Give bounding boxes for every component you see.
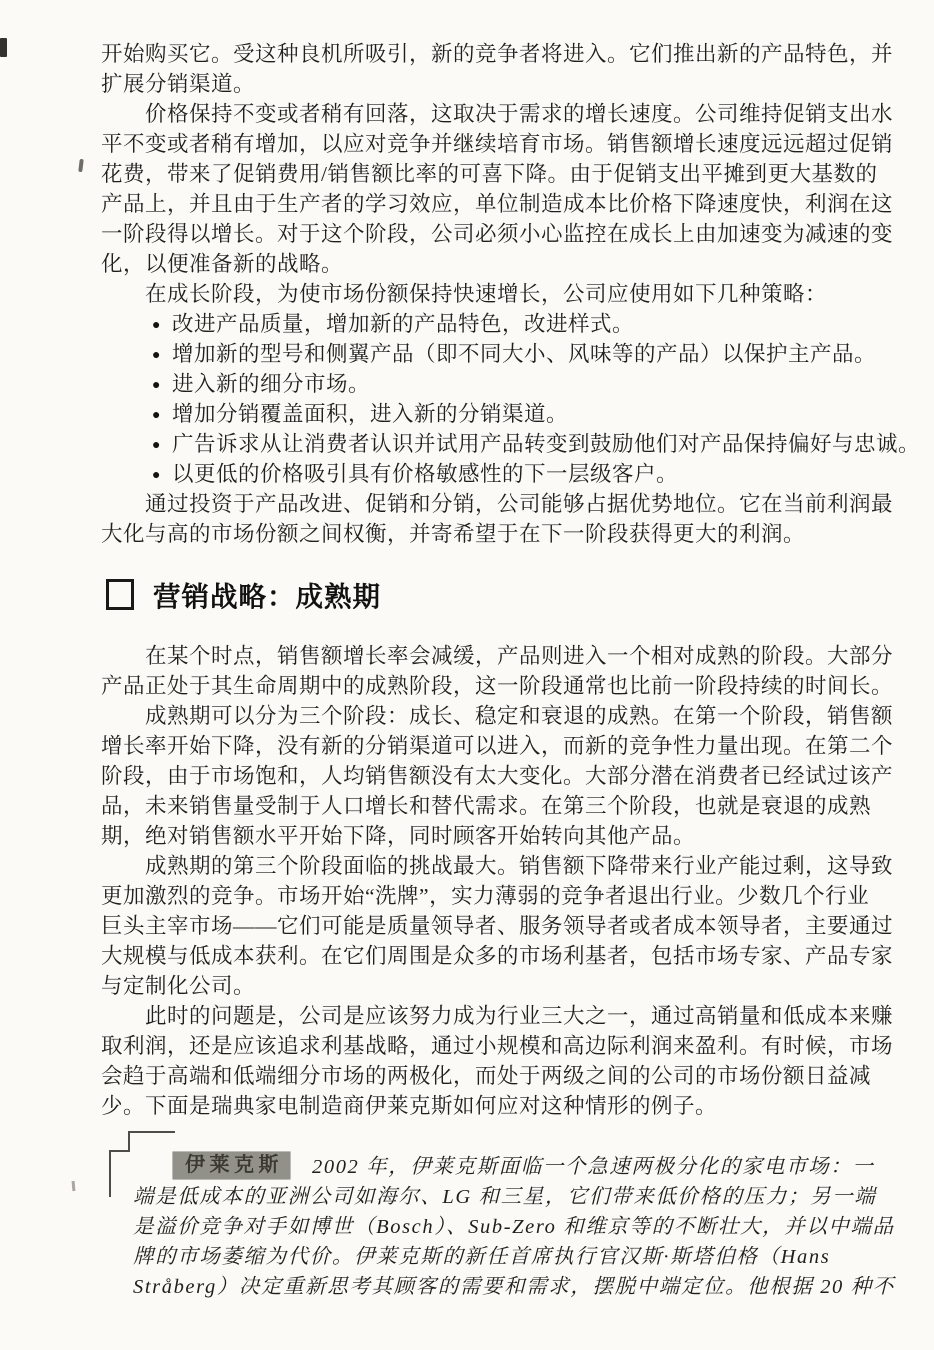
bullet-text: 进入新的细分市场。 (172, 372, 370, 396)
text-line: 在某个时点，销售额增长率会减缓，产品则进入一个相对成熟的阶段。大部分 (101, 641, 903, 671)
scan-mark-artifact (78, 159, 84, 172)
text-line: 取利润，还是应该追求利基战略，通过小规模和高边际利润来盈利。有时候，市场 (101, 1031, 903, 1061)
square-outline-icon (106, 579, 134, 610)
case-text-line: 是溢价竞争对手如博世（Bosch）、Sub-Zero 和维京等的不断壮大，并以中… (133, 1212, 833, 1242)
case-text-line: 牌的市场萎缩为代价。伊莱克斯的新任首席执行官汉斯·斯塔伯格（Hans (133, 1242, 833, 1272)
section-heading: 营销战略：成熟期 (106, 577, 381, 611)
text-line: 巨头主宰市场——它们可能是质量领导者、服务领导者或者成本领导者，主要通过 (101, 911, 903, 941)
bullet-item: ●广告诉求从让消费者认识并试用产品转变到鼓励他们对产品保持偏好与忠诚。 (101, 429, 903, 459)
text-line: 增长率开始下降，没有新的分销渠道可以进入，而新的竞争性力量出现。在第二个 (101, 731, 903, 761)
body-text-upper: 开始购买它。受这种良机所吸引，新的竞争者将进入。它们推出新的产品特色，并扩展分销… (101, 39, 903, 549)
text-line: 大化与高的市场份额之间权衡，并寄希望于在下一阶段获得更大的利润。 (101, 519, 903, 549)
text-line: 少。下面是瑞典家电制造商伊莱克斯如何应对这种情形的例子。 (101, 1091, 903, 1121)
text-line: 通过投资于产品改进、促销和分销，公司能够占据优势地位。它在当前利润最 (101, 489, 903, 519)
bullet-item: ●进入新的细分市场。 (101, 369, 903, 399)
text-line: 会趋于高端和低端细分市场的两极化，而处于两级之间的公司的市场份额日益减 (101, 1061, 903, 1091)
text-line: 成熟期可以分为三个阶段：成长、稳定和衰退的成熟。在第一个阶段，销售额 (101, 701, 903, 731)
text-line: 阶段，由于市场饱和，人均销售额没有太大变化。大部分潜在消费者已经试过该产 (101, 761, 903, 791)
bullet-dot-icon: ● (152, 371, 161, 401)
text-line: 此时的问题是，公司是应该努力成为行业三大之一，通过高销量和低成本来赚 (101, 1001, 903, 1031)
bullet-text: 增加分销覆盖面积，进入新的分销渠道。 (172, 402, 568, 426)
case-example-box: 伊莱克斯2002 年，伊莱克斯面临一个急速两极分化的家电市场：一端是低成本的亚洲… (133, 1152, 833, 1302)
bullet-text: 改进产品质量，增加新的产品特色，改进样式。 (172, 312, 634, 336)
bullet-item: ●以更低的价格吸引具有价格敏感性的下一层级客户。 (101, 459, 903, 489)
text-line: 产品正处于其生命周期中的成熟阶段，这一阶段通常也比前一阶段持续的时间长。 (101, 671, 903, 701)
text-line: 在成长阶段，为使市场份额保持快速增长，公司应使用如下几种策略： (101, 279, 903, 309)
book-page: 开始购买它。受这种良机所吸引，新的竞争者将进入。它们推出新的产品特色，并扩展分销… (0, 0, 934, 1350)
text-line: 平不变或者稍有增加，以应对竞争并继续培育市场。销售额增长速度远远超过促销 (101, 129, 903, 159)
bullet-item: ●增加新的型号和侧翼产品（即不同大小、风味等的产品）以保护主产品。 (101, 339, 903, 369)
case-text: 2002 年，伊莱克斯面临一个急速两极分化的家电市场：一 (312, 1156, 874, 1178)
text-line: 大规模与低成本获利。在它们周围是众多的市场利基者，包括市场专家、产品专家 (101, 941, 903, 971)
bullet-dot-icon: ● (152, 341, 161, 371)
bullet-item: ●增加分销覆盖面积，进入新的分销渠道。 (101, 399, 903, 429)
text-line: 与定制化公司。 (101, 971, 903, 1001)
bullet-dot-icon: ● (152, 461, 161, 491)
body-text-lower: 在某个时点，销售额增长率会减缓，产品则进入一个相对成熟的阶段。大部分产品正处于其… (101, 641, 903, 1121)
bullet-item: ●改进产品质量，增加新的产品特色，改进样式。 (101, 309, 903, 339)
text-line: 价格保持不变或者稍有回落，这取决于需求的增长速度。公司维持促销支出水 (101, 99, 903, 129)
text-line: 扩展分销渠道。 (101, 69, 903, 99)
bullet-text: 增加新的型号和侧翼产品（即不同大小、风味等的产品）以保护主产品。 (172, 342, 876, 366)
bullet-text: 以更低的价格吸引具有价格敏感性的下一层级客户。 (172, 462, 678, 486)
case-label-badge: 伊莱克斯 (173, 1152, 290, 1179)
text-line: 品，未来销售量受制于人口增长和替代需求。在第三个阶段，也就是衰退的成熟 (101, 791, 903, 821)
section-title: 营销战略：成熟期 (153, 574, 381, 614)
text-line: 产品上，并且由于生产者的学习效应，单位制造成本比价格下降速度快，利润在这 (101, 189, 903, 219)
case-text-line: 伊莱克斯2002 年，伊莱克斯面临一个急速两极分化的家电市场：一 (133, 1152, 833, 1182)
scan-smudge-artifact (0, 38, 7, 57)
scan-mark-artifact (72, 1181, 76, 1191)
bullet-dot-icon: ● (152, 431, 161, 461)
text-line: 花费，带来了促销费用/销售额比率的可喜下降。由于促销支出平摊到更大基数的 (101, 159, 903, 189)
text-line: 期，绝对销售额水平开始下降，同时顾客开始转向其他产品。 (101, 821, 903, 851)
case-text-line: 端是低成本的亚洲公司如海尔、LG 和三星，它们带来低价格的压力；另一端 (133, 1182, 833, 1212)
text-line: 成熟期的第三个阶段面临的挑战最大。销售额下降带来行业产能过剩，这导致 (101, 851, 903, 881)
bullet-text: 广告诉求从让消费者认识并试用产品转变到鼓励他们对产品保持偏好与忠诚。 (172, 432, 920, 456)
text-line: 化，以便准备新的战略。 (101, 249, 903, 279)
text-line: 更加激烈的竞争。市场开始“洗牌”，实力薄弱的竞争者退出行业。少数几个行业 (101, 881, 903, 911)
bullet-dot-icon: ● (152, 401, 161, 431)
bullet-dot-icon: ● (152, 311, 161, 341)
text-line: 开始购买它。受这种良机所吸引，新的竞争者将进入。它们推出新的产品特色，并 (101, 39, 903, 69)
case-text-line: Stråberg）决定重新思考其顾客的需要和需求，摆脱中端定位。他根据 20 种… (133, 1272, 833, 1302)
text-line: 一阶段得以增长。对于这个阶段，公司必须小心监控在成长上由加速变为减速的变 (101, 219, 903, 249)
